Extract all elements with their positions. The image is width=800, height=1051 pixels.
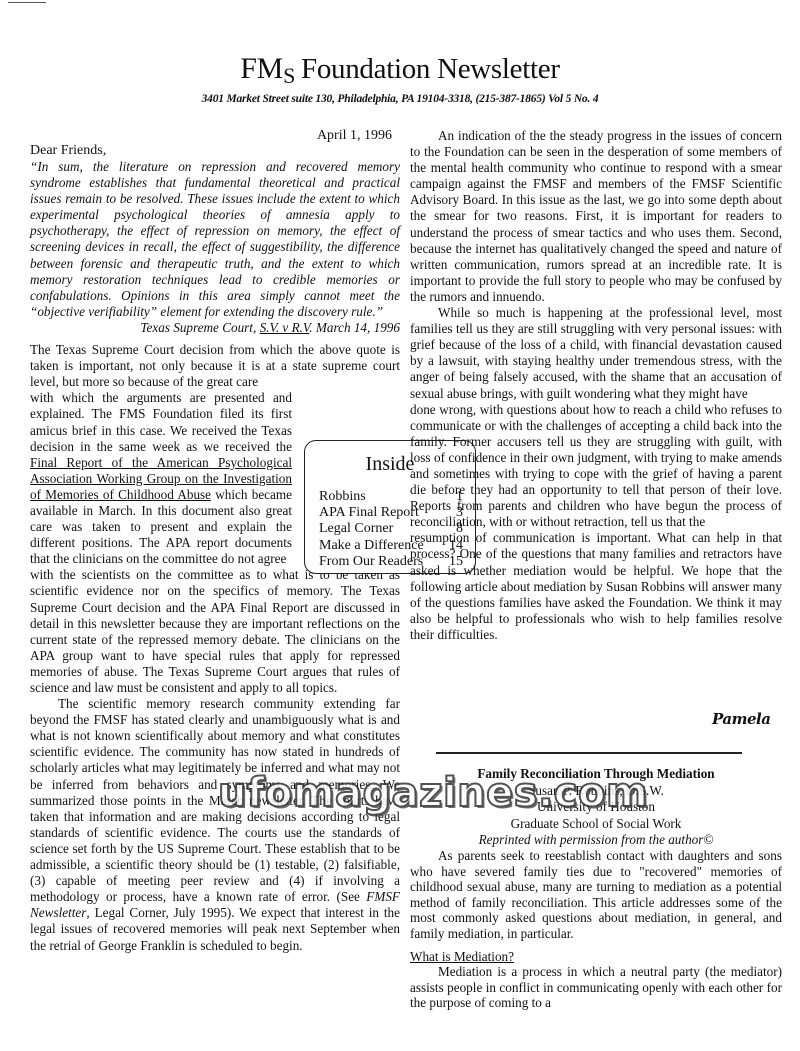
signature: Pamela xyxy=(712,710,770,728)
article-paragraph: Mediation is a process in which a neutra… xyxy=(410,964,782,1011)
paragraph-amicus: with which the arguments are presented a… xyxy=(30,390,292,567)
masthead-address: 3401 Market Street suite 130, Philadelph… xyxy=(0,93,800,105)
article-subheading: What is Mediation? xyxy=(410,949,782,965)
paragraph-reconciliation: done wrong, with questions about how to … xyxy=(410,402,782,531)
paragraph-families-struggling: While so much is happening at the profes… xyxy=(410,305,782,402)
masthead: FMSFoundation Newsletter 3401 Market Str… xyxy=(0,52,800,105)
reprint-note: Reprinted with permission from the autho… xyxy=(410,832,782,849)
paragraph-scientific-community: The scientific memory research community… xyxy=(30,696,400,954)
article-body: As parents seek to reestablish contact w… xyxy=(410,848,782,1011)
article-department: Graduate School of Social Work xyxy=(410,816,782,833)
paragraph-clinicians: with the scientists on the committee as … xyxy=(30,567,400,696)
letter-greeting: Dear Friends, xyxy=(30,142,400,159)
paragraph-texas-decision: The Texas Supreme Court decision from wh… xyxy=(30,342,400,390)
quote-citation: Texas Supreme Court, S.V. v R.V. March 1… xyxy=(30,320,400,336)
section-divider xyxy=(436,752,742,754)
right-column: An indication of the the steady progress… xyxy=(410,128,782,643)
court-quote: “In sum, the literature on repression an… xyxy=(30,159,400,320)
article-intro: As parents seek to reestablish contact w… xyxy=(410,848,782,942)
scan-mark xyxy=(8,2,46,3)
paragraph-mediation-intro: resumption of communication is important… xyxy=(410,530,782,643)
newsletter-title: FMSFoundation Newsletter xyxy=(0,52,800,88)
paragraph-smear-campaign: An indication of the the steady progress… xyxy=(410,128,782,305)
watermark: ufomagazines.com xyxy=(218,770,648,816)
